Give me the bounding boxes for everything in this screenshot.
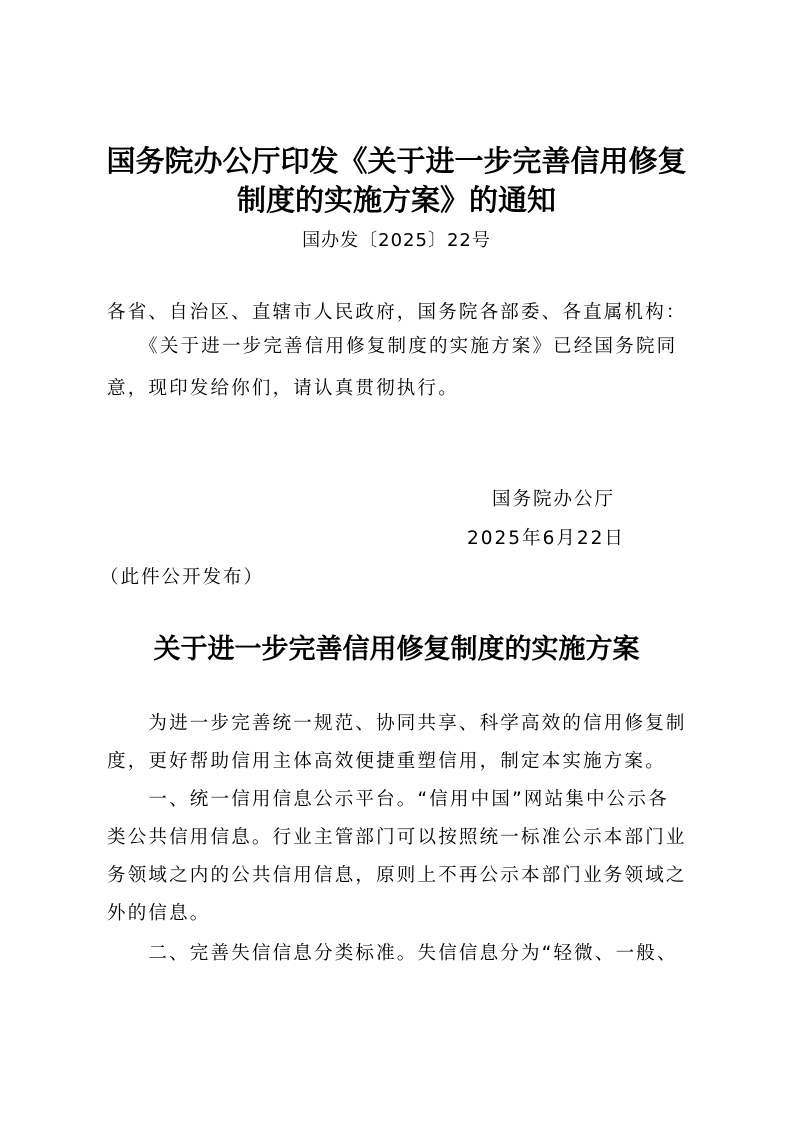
notice-body-line-2: 意，现印发给你们，请认真贯彻执行。 <box>107 372 691 406</box>
notice-title-line-1: 国务院办公厅印发《关于进一步完善信用修复 <box>0 141 793 181</box>
plan-paragraph-line: 外的信息。 <box>107 897 691 931</box>
document-page: 国务院办公厅印发《关于进一步完善信用修复 制度的实施方案》的通知 国办发〔202… <box>0 0 793 1122</box>
plan-paragraph-line: 一、统一信用信息公示平台。“信用中国”网站集中公示各 <box>107 783 691 817</box>
plan-paragraph-line: 务领域之内的公共信用信息，原则上不再公示本部门业务领域之 <box>107 859 691 893</box>
notice-title-line-2: 制度的实施方案》的通知 <box>0 180 793 220</box>
plan-title: 关于进一步完善信用修复制度的实施方案 <box>0 627 793 666</box>
plan-paragraph-line: 类公共信用信息。行业主管部门可以按照统一标准公示本部门业 <box>107 821 691 855</box>
document-number: 国办发〔2025〕22号 <box>0 226 793 252</box>
plan-paragraph-line: 为进一步完善统一规范、协同共享、科学高效的信用修复制 <box>107 707 691 741</box>
publication-note: （此件公开发布） <box>100 563 264 589</box>
issuer: 国务院办公厅 <box>492 485 615 511</box>
salutation: 各省、自治区、直辖市人民政府，国务院各部委、各直属机构： <box>107 296 691 330</box>
plan-paragraph-line: 度，更好帮助信用主体高效便捷重塑信用，制定本实施方案。 <box>107 745 691 779</box>
notice-body-line-1: 《关于进一步完善信用修复制度的实施方案》已经国务院同 <box>107 330 691 364</box>
issue-date: 2025年6月22日 <box>467 524 625 550</box>
plan-paragraph-line: 二、完善失信信息分类标准。失信信息分为“轻微、一般、 <box>107 937 691 971</box>
